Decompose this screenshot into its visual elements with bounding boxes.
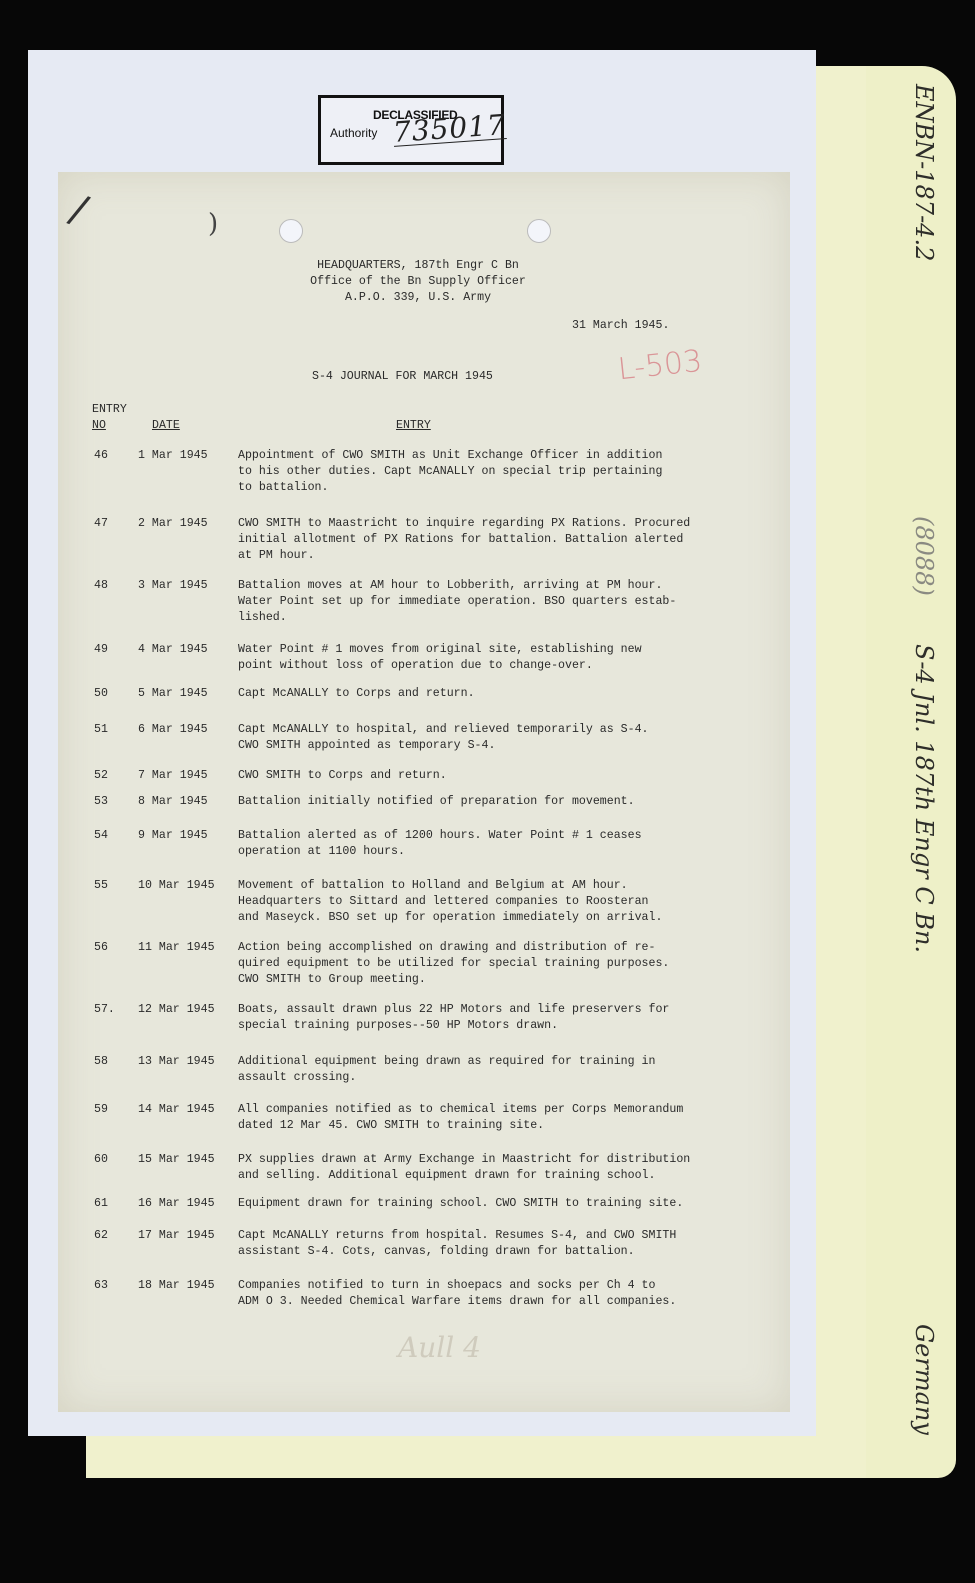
entry-date: 4 Mar 1945 bbox=[138, 642, 238, 658]
entry-text: Boats, assault drawn plus 22 HP Motors a… bbox=[238, 1002, 758, 1034]
check-mark: / bbox=[69, 200, 87, 220]
entry-date: 3 Mar 1945 bbox=[138, 578, 238, 594]
letterhead: HEADQUARTERS, 187th Engr C Bn Office of … bbox=[302, 258, 534, 306]
entry-text: CWO SMITH to Maastricht to inquire regar… bbox=[238, 516, 758, 564]
entry-text: CWO SMITH to Corps and return. bbox=[238, 768, 758, 784]
entry-text: Capt McANALLY to Corps and return. bbox=[238, 686, 758, 702]
entry-number: 52 bbox=[94, 768, 124, 784]
document-title: S-4 JOURNAL FOR MARCH 1945 bbox=[312, 369, 493, 385]
letterhead-line: HEADQUARTERS, 187th Engr C Bn bbox=[302, 258, 534, 274]
entry-text: PX supplies drawn at Army Exchange in Ma… bbox=[238, 1152, 758, 1184]
entry-date: 17 Mar 1945 bbox=[138, 1228, 238, 1244]
entry-text: Capt McANALLY returns from hospital. Res… bbox=[238, 1228, 758, 1260]
entry-date: 9 Mar 1945 bbox=[138, 828, 238, 844]
entry-number: 56 bbox=[94, 940, 124, 956]
entry-number: 49 bbox=[94, 642, 124, 658]
entry-number: 62 bbox=[94, 1228, 124, 1244]
entry-text: Equipment drawn for training school. CWO… bbox=[238, 1196, 758, 1212]
entry-text: Action being accomplished on drawing and… bbox=[238, 940, 758, 988]
entry-number: 48 bbox=[94, 578, 124, 594]
entry-number: 53 bbox=[94, 794, 124, 810]
entry-date: 8 Mar 1945 bbox=[138, 794, 238, 810]
punch-hole bbox=[279, 219, 303, 243]
declass-authority-label: Authority bbox=[330, 126, 377, 140]
entry-text: Movement of battalion to Holland and Bel… bbox=[238, 878, 758, 926]
entry-text: Capt McANALLY to hospital, and relieved … bbox=[238, 722, 758, 754]
entry-text: Battalion initially notified of preparat… bbox=[238, 794, 758, 810]
folder-handwritten-label: ENBN-187-4.2 (8088) S-4 Jnl. 187th Engr … bbox=[908, 84, 948, 1484]
folder-label-stamp: (8088) bbox=[910, 516, 938, 596]
entry-number: 60 bbox=[94, 1152, 124, 1168]
entry-number: 58 bbox=[94, 1054, 124, 1070]
entry-number: 59 bbox=[94, 1102, 124, 1118]
entry-number: 47 bbox=[94, 516, 124, 532]
entry-text: Battalion alerted as of 1200 hours. Wate… bbox=[238, 828, 758, 860]
punch-hole bbox=[527, 219, 551, 243]
entry-number: 55 bbox=[94, 878, 124, 894]
entry-text: Appointment of CWO SMITH as Unit Exchang… bbox=[238, 448, 758, 496]
entry-date: 14 Mar 1945 bbox=[138, 1102, 238, 1118]
entry-number: 61 bbox=[94, 1196, 124, 1212]
entry-date: 15 Mar 1945 bbox=[138, 1152, 238, 1168]
document-date: 31 March 1945. bbox=[572, 318, 669, 334]
entry-date: 18 Mar 1945 bbox=[138, 1278, 238, 1294]
column-header-entry: ENTRY bbox=[396, 418, 431, 434]
entry-date: 10 Mar 1945 bbox=[138, 878, 238, 894]
folder-label-code: ENBN-187-4.2 bbox=[910, 84, 938, 261]
entry-date: 7 Mar 1945 bbox=[138, 768, 238, 784]
entry-text: All companies notified as to chemical it… bbox=[238, 1102, 758, 1134]
folder-label-title: S-4 Jnl. 187th Engr C Bn. bbox=[910, 644, 938, 953]
column-header-entry-no: ENTRY NO bbox=[92, 402, 127, 434]
entry-date: 16 Mar 1945 bbox=[138, 1196, 238, 1212]
entry-date: 11 Mar 1945 bbox=[138, 940, 238, 956]
declassification-stamp: DECLASSIFIED Authority 735017 bbox=[318, 95, 504, 165]
entry-date: 12 Mar 1945 bbox=[138, 1002, 238, 1018]
entry-number: 57. bbox=[94, 1002, 124, 1018]
entry-number: 63 bbox=[94, 1278, 124, 1294]
faint-pencil-signature: Aull 4 bbox=[398, 1340, 481, 1356]
journal-page: / ) HEADQUARTERS, 187th Engr C Bn Office… bbox=[58, 172, 790, 1412]
pencil-mark: ) bbox=[208, 216, 218, 232]
letterhead-line: A.P.O. 339, U.S. Army bbox=[302, 290, 534, 306]
entry-date: 5 Mar 1945 bbox=[138, 686, 238, 702]
file-code-annotation: L-503 bbox=[617, 354, 702, 379]
letterhead-line: Office of the Bn Supply Officer bbox=[302, 274, 534, 290]
entry-number: 54 bbox=[94, 828, 124, 844]
entry-text: Additional equipment being drawn as requ… bbox=[238, 1054, 758, 1086]
entry-number: 51 bbox=[94, 722, 124, 738]
folder-label-location: Germany bbox=[910, 1324, 938, 1435]
entry-number: 46 bbox=[94, 448, 124, 464]
entry-number: 50 bbox=[94, 686, 124, 702]
entry-text: Companies notified to turn in shoepacs a… bbox=[238, 1278, 758, 1310]
entry-text: Battalion moves at AM hour to Lobberith,… bbox=[238, 578, 758, 626]
column-header-date: DATE bbox=[152, 418, 180, 434]
declass-authority-number: 735017 bbox=[392, 112, 506, 147]
entry-date: 6 Mar 1945 bbox=[138, 722, 238, 738]
entry-date: 1 Mar 1945 bbox=[138, 448, 238, 464]
entry-date: 2 Mar 1945 bbox=[138, 516, 238, 532]
entry-date: 13 Mar 1945 bbox=[138, 1054, 238, 1070]
entry-text: Water Point # 1 moves from original site… bbox=[238, 642, 758, 674]
